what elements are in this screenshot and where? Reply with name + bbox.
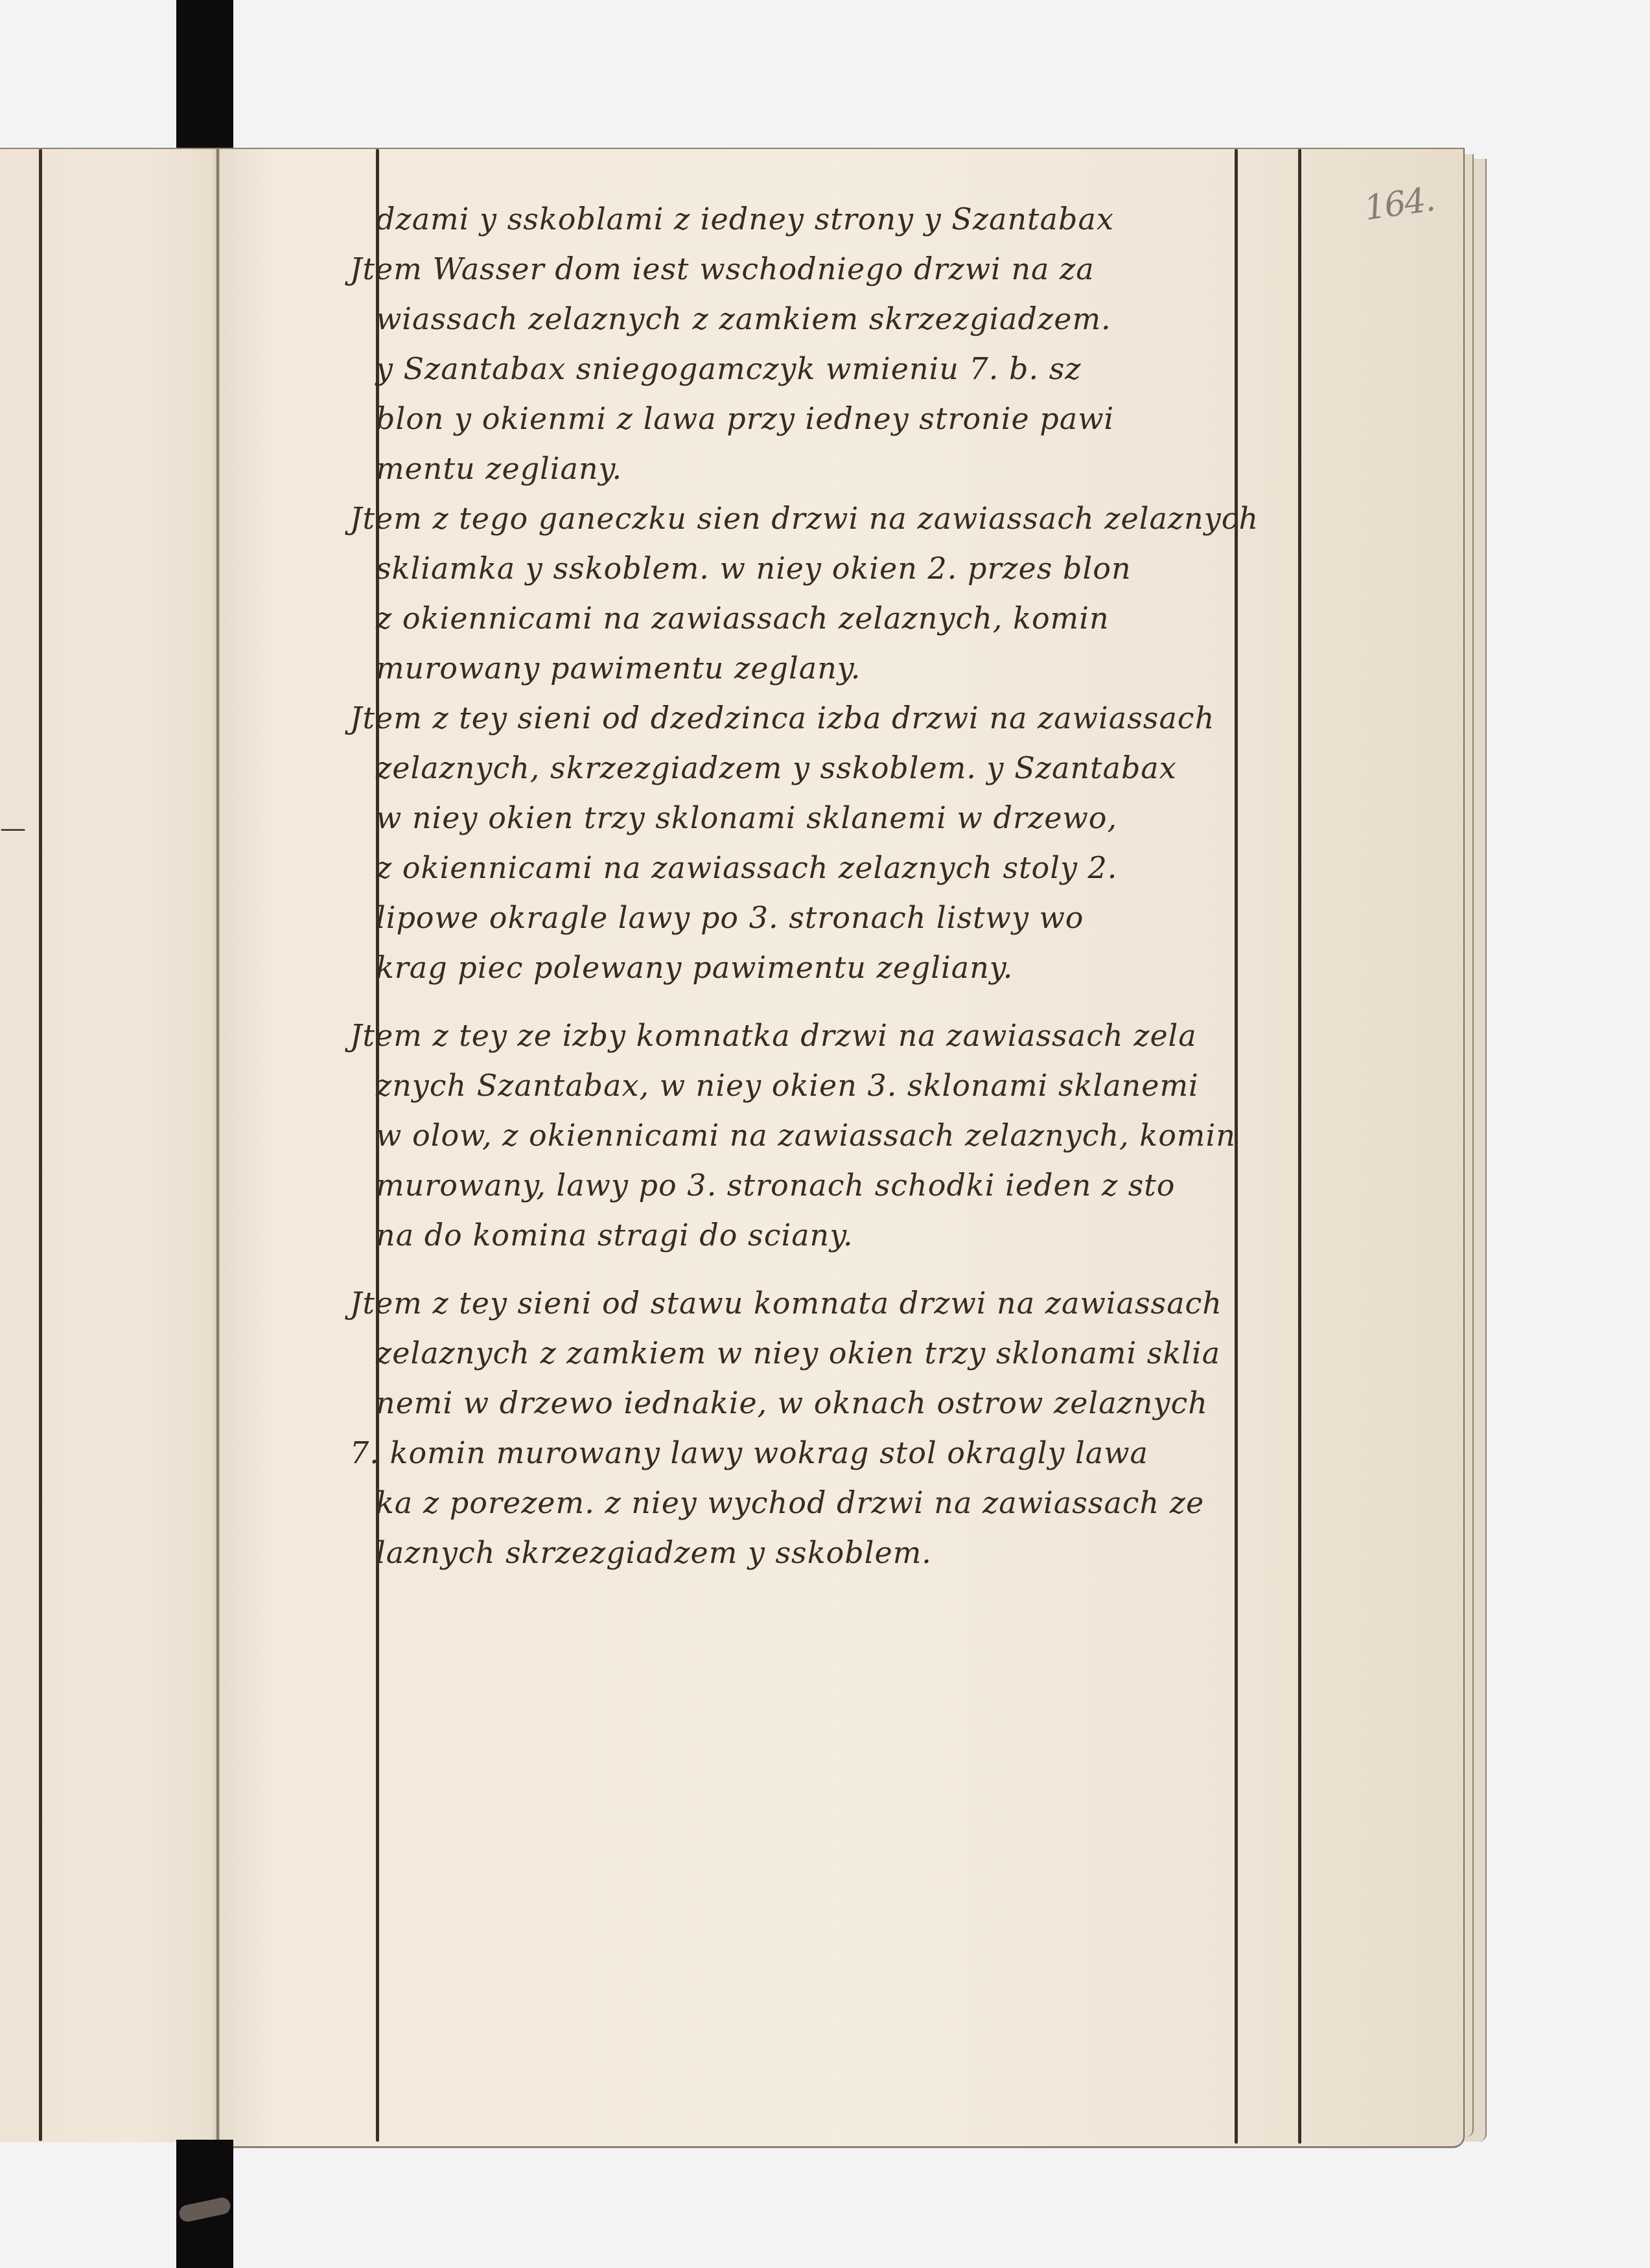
- right-margin-ruling-line-outer: [1298, 149, 1301, 2144]
- text-line: krag piec polewany pawimentu zegliany.: [376, 943, 1238, 993]
- bookmark-ribbon-top: [176, 0, 233, 149]
- text-line: zelaznych z zamkiem w niey okien trzy sk…: [376, 1328, 1238, 1378]
- text-line: wiassach zelaznych z zamkiem skrzezgiadz…: [376, 294, 1238, 344]
- text-line: laznych skrzezgiadzem y sskoblem.: [376, 1528, 1238, 1578]
- text-line: blon y okienmi z lawa przy iedney stroni…: [376, 394, 1238, 444]
- text-line: murowany, lawy po 3. stronach schodki ie…: [376, 1161, 1238, 1210]
- left-page-ruling-line-outer: [39, 149, 42, 2141]
- text-line: skliamka y sskoblem. w niey okien 2. prz…: [376, 544, 1238, 594]
- entry-start-line: Jtem z tey sieni od stawu komnata drzwi …: [350, 1279, 1238, 1328]
- entry-start-line: Jtem z tey sieni od dzedzinca izba drzwi…: [350, 693, 1238, 743]
- text-line: w niey okien trzy sklonami sklanemi w dr…: [376, 793, 1238, 843]
- bookmark-ribbon-bottom: [176, 2140, 233, 2268]
- text-line: y Szantabax sniegogamczyk wmieniu 7. b. …: [376, 344, 1238, 394]
- text-line: dzami y sskoblami z iedney strony y Szan…: [376, 194, 1238, 244]
- text-line: lipowe okragle lawy po 3. stronach listw…: [376, 893, 1238, 943]
- text-line: w olow, z okiennicami na zawiassach zela…: [376, 1111, 1238, 1161]
- text-line: z okiennicami na zawiassach zelaznych, k…: [376, 594, 1238, 643]
- text-line: na do komina stragi do sciany.: [376, 1210, 1238, 1260]
- text-line: zelaznych, skrzezgiadzem y sskoblem. y S…: [376, 743, 1238, 793]
- text-line: ka z porezem. z niey wychod drzwi na zaw…: [376, 1478, 1238, 1528]
- entry-start-line: Jtem z tego ganeczku sien drzwi na zawia…: [350, 494, 1238, 544]
- text-line: 7. komin murowany lawy wokrag stol okrag…: [350, 1428, 1238, 1478]
- text-line: mentu zegliany.: [376, 444, 1238, 494]
- manuscript-text-block: dzami y sskoblami z iedney strony y Szan…: [376, 194, 1238, 1578]
- text-line: nemi w drzewo iednakie, w oknach ostrow …: [376, 1378, 1238, 1428]
- text-line: z okiennicami na zawiassach zelaznych st…: [376, 843, 1238, 893]
- text-line: znych Szantabax, w niey okien 3. sklonam…: [376, 1061, 1238, 1111]
- book-spine-gutter: [216, 149, 220, 2142]
- text-line: murowany pawimentu zeglany.: [376, 643, 1238, 693]
- entry-start-line: Jtem z tey ze izby komnatka drzwi na zaw…: [350, 1011, 1238, 1061]
- entry-start-line: Jtem Wasser dom iest wschodniego drzwi n…: [350, 244, 1238, 294]
- left-facing-page: [0, 148, 219, 2142]
- left-page-ink-mark: —: [0, 813, 26, 843]
